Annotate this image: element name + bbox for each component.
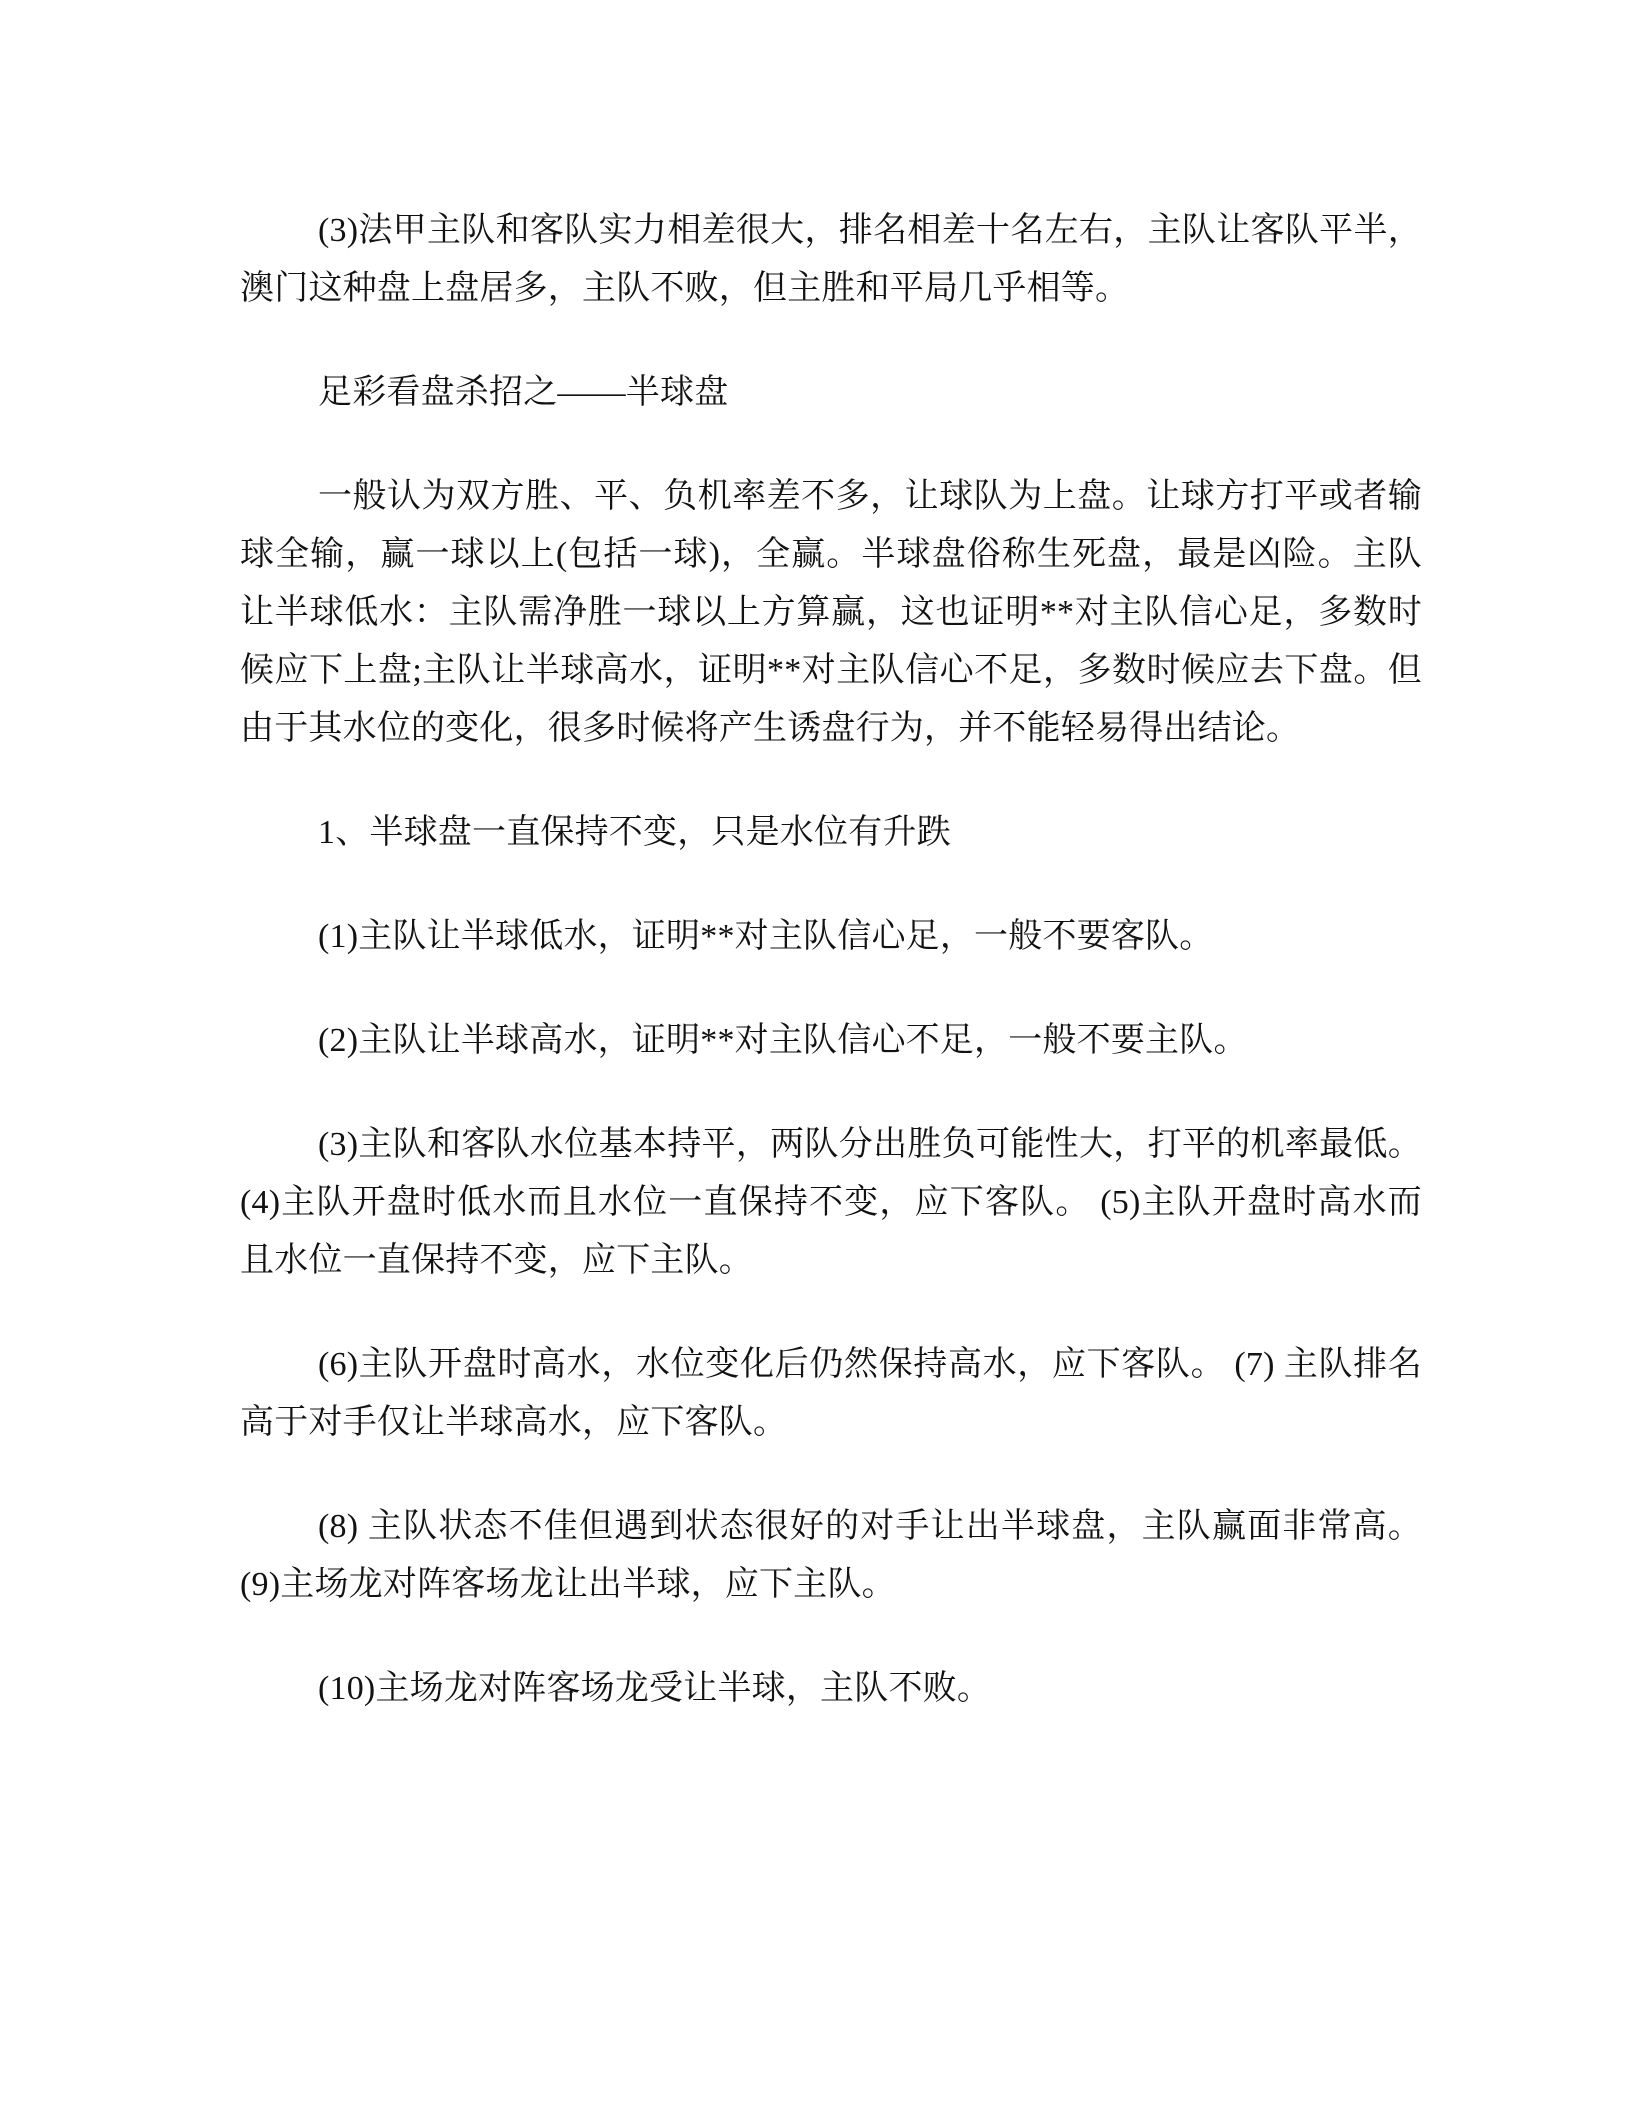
paragraph-rule-3-4-5: (3)主队和客队水位基本持平，两队分出胜负可能性大，打平的机率最低。 (4)主队… [240,1116,1422,1290]
paragraph-rule-10: (10)主场龙对阵客场龙受让半球，主队不败。 [240,1660,1422,1718]
paragraph-france-league: (3)法甲主队和客队实力相差很大，排名相差十名左右，主队让客队平半，澳门这种盘上… [240,202,1422,318]
paragraph-rule-2: (2)主队让半球高水，证明**对主队信心不足，一般不要主队。 [240,1012,1422,1070]
document-page: (3)法甲主队和客队实力相差很大，排名相差十名左右，主队让客队平半，澳门这种盘上… [0,0,1632,2112]
section-heading: 足彩看盘杀招之——半球盘 [240,364,1422,422]
paragraph-half-ball-intro: 一般认为双方胜、平、负机率差不多，让球队为上盘。让球方打平或者输球全输，赢一球以… [240,468,1422,758]
list-heading-1: 1、半球盘一直保持不变，只是水位有升跌 [240,804,1422,862]
paragraph-rule-1: (1)主队让半球低水，证明**对主队信心足，一般不要客队。 [240,908,1422,966]
paragraph-rule-8-9: (8) 主队状态不佳但遇到状态很好的对手让出半球盘，主队赢面非常高。 (9)主场… [240,1498,1422,1614]
paragraph-rule-6-7: (6)主队开盘时高水，水位变化后仍然保持高水，应下客队。 (7) 主队排名高于对… [240,1336,1422,1452]
